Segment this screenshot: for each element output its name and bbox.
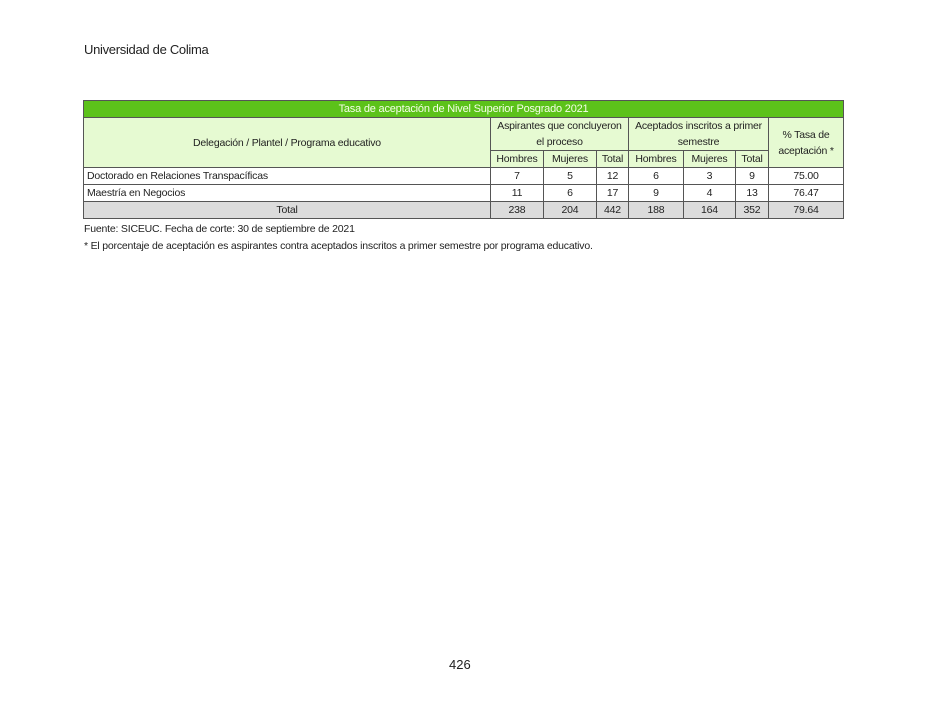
table-row: Doctorado en Relaciones Transpacíficas 7… (84, 168, 844, 185)
cell: 164 (684, 202, 736, 219)
cell: 7 (491, 168, 544, 185)
cell: 9 (736, 168, 769, 185)
sub-header-mujeres: Mujeres (684, 151, 736, 168)
cell: 4 (684, 185, 736, 202)
footnote: * El porcentaje de aceptación es aspiran… (84, 240, 593, 252)
program-name: Doctorado en Relaciones Transpacíficas (84, 168, 491, 185)
sub-header-hombres: Hombres (491, 151, 544, 168)
sub-header-hombres: Hombres (629, 151, 684, 168)
cell: 17 (597, 185, 629, 202)
cell: 13 (736, 185, 769, 202)
cell: 76.47 (769, 185, 844, 202)
col-header-tasa: % Tasa de aceptación * (769, 118, 844, 168)
table-title: Tasa de aceptación de Nivel Superior Pos… (84, 101, 844, 118)
group-header-aspirantes: Aspirantes que concluyeron el proceso (491, 118, 629, 151)
cell: 6 (544, 185, 597, 202)
sub-header-total: Total (736, 151, 769, 168)
sub-header-mujeres: Mujeres (544, 151, 597, 168)
cell: 79.64 (769, 202, 844, 219)
cell: 352 (736, 202, 769, 219)
total-label: Total (84, 202, 491, 219)
page-number: 426 (449, 657, 471, 672)
group-header-aceptados: Aceptados inscritos a primer semestre (629, 118, 769, 151)
program-name: Maestría en Negocios (84, 185, 491, 202)
sub-header-total: Total (597, 151, 629, 168)
table-row: Maestría en Negocios 11 6 17 9 4 13 76.4… (84, 185, 844, 202)
cell: 9 (629, 185, 684, 202)
cell: 204 (544, 202, 597, 219)
cell: 5 (544, 168, 597, 185)
source-note: Fuente: SICEUC. Fecha de corte: 30 de se… (84, 223, 355, 235)
cell: 75.00 (769, 168, 844, 185)
institution-header: Universidad de Colima (84, 42, 208, 57)
cell: 3 (684, 168, 736, 185)
cell: 6 (629, 168, 684, 185)
total-row: Total 238 204 442 188 164 352 79.64 (84, 202, 844, 219)
cell: 442 (597, 202, 629, 219)
col-header-program: Delegación / Plantel / Programa educativ… (84, 118, 491, 168)
acceptance-rate-table: Tasa de aceptación de Nivel Superior Pos… (83, 100, 844, 219)
cell: 188 (629, 202, 684, 219)
cell: 12 (597, 168, 629, 185)
cell: 11 (491, 185, 544, 202)
cell: 238 (491, 202, 544, 219)
